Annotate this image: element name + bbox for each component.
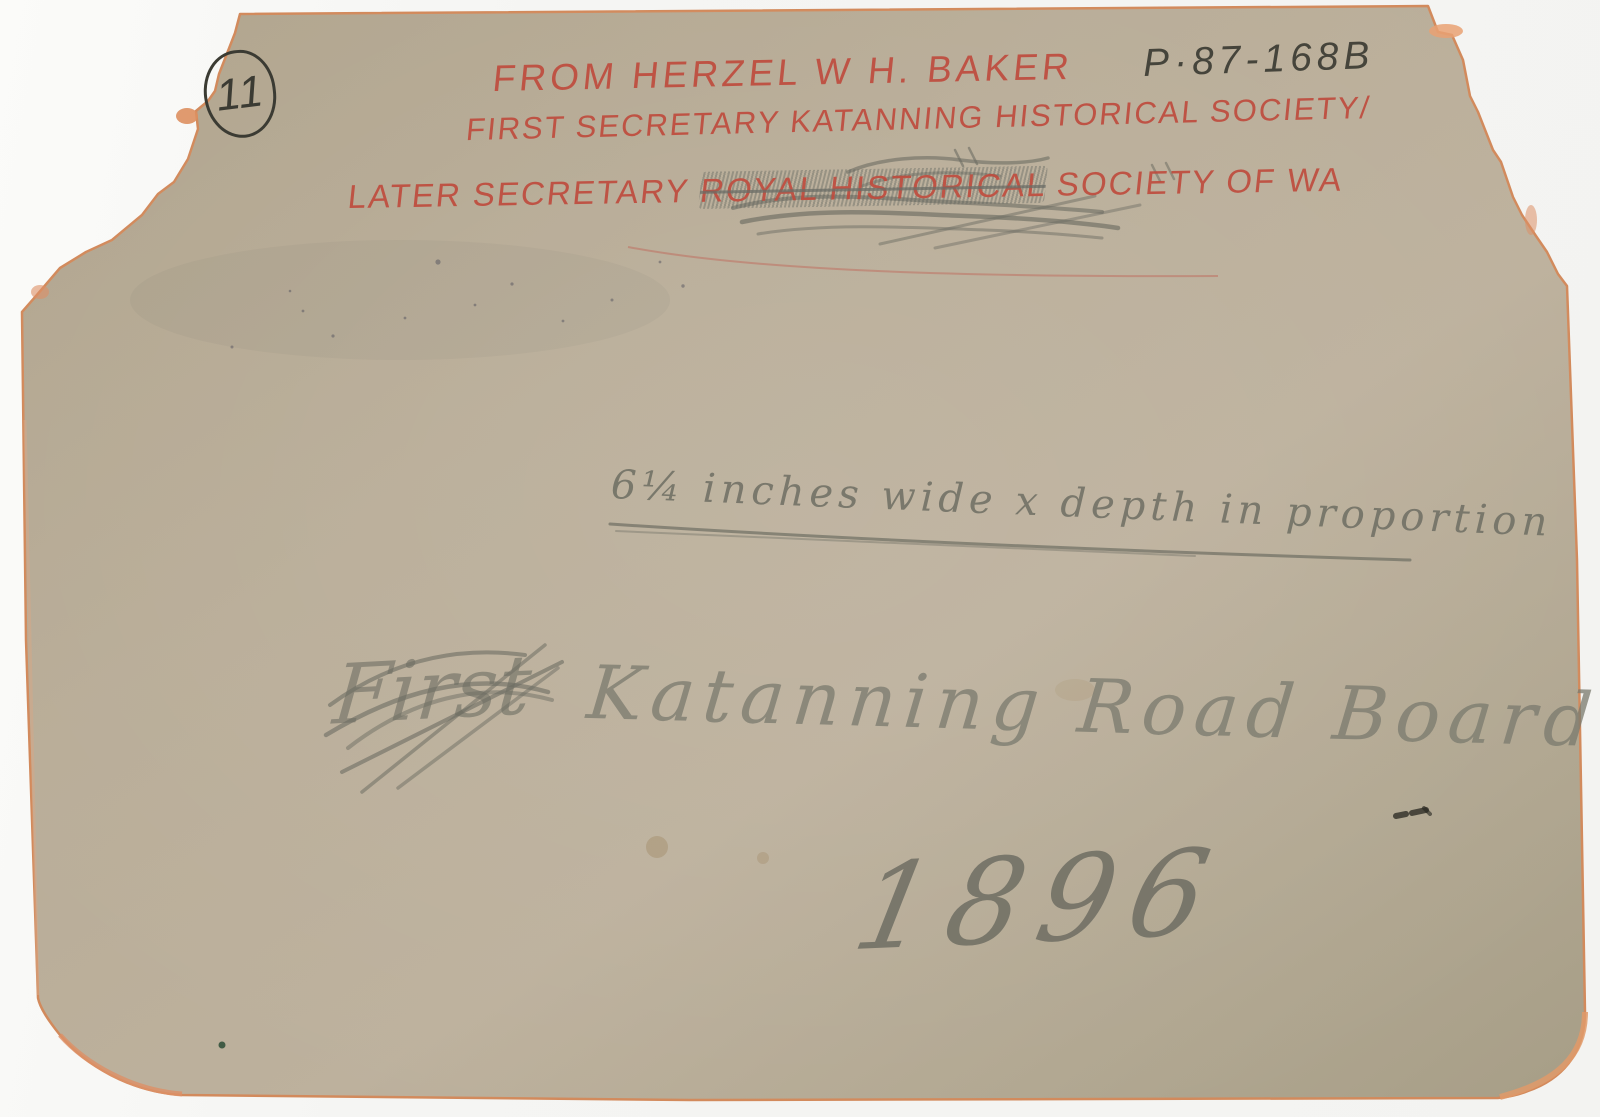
scanned-photo-back: 11 P·87-168B FROM HERZEL W H. BAKER FIRS… [0,0,1600,1117]
caption-year: 1896 [844,822,1236,977]
photo-card-artwork [0,0,1600,1117]
accession-number: P·87-168B [1142,34,1375,86]
provenance-line-3-suffix: SOCIETY OF WA [1044,161,1345,203]
page-number: 11 [213,66,266,121]
provenance-line-3-prefix: LATER SECRETARY [346,172,702,215]
green-speck [219,1042,226,1049]
provenance-line-3-struck-text: ROYAL HISTORICAL [698,166,1047,209]
crossed-out-word: First [330,638,535,744]
